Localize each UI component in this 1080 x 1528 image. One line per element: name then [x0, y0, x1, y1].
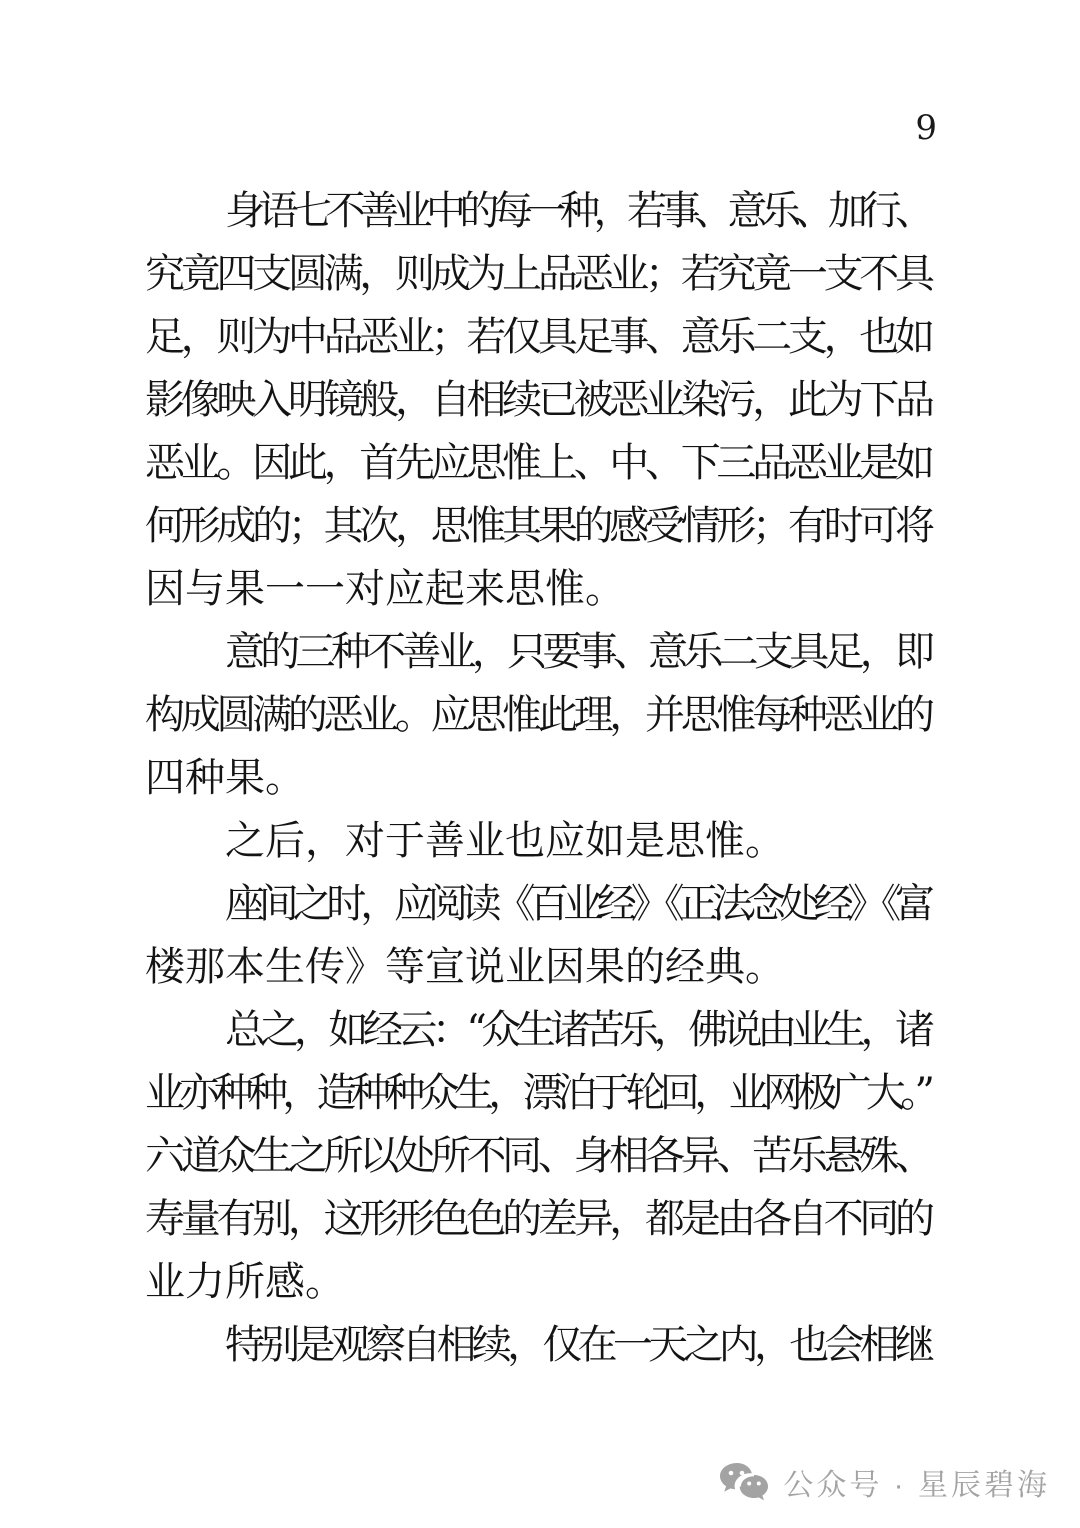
page-number: 9 [915, 108, 937, 148]
text-line: 因与果一一对应起来思惟。 [145, 558, 935, 621]
text-line: 足，则为中品恶业；若仅具足事、意乐二支，也如 [145, 306, 935, 369]
document-page: 9 身语七不善业中的每一种，若事、意乐、加行、究竟四支圆满，则成为上品恶业；若究… [0, 0, 1080, 1528]
text-line: 业亦种种，造种种众生，漂泊于轮回，业网极广大。” [145, 1062, 935, 1125]
watermark-label: 公众号 · 星辰碧海 [783, 1460, 1050, 1504]
text-line: 六道众生之所以处所不同、身相各异、苦乐悬殊、 [145, 1125, 935, 1188]
text-line: 楼那本生传》等宣说业因果的经典。 [145, 936, 935, 999]
text-line: 何形成的；其次，思惟其果的感受情形；有时可将 [145, 495, 935, 558]
text-line: 座间之时，应阅读《百业经》《正法念处经》《富 [145, 873, 935, 936]
wechat-icon [719, 1462, 771, 1502]
text-line: 究竟四支圆满，则成为上品恶业；若究竟一支不具 [145, 243, 935, 306]
text-line: 影像映入明镜般，自相续已被恶业染污，此为下品 [145, 369, 935, 432]
text-line: 之后，对于善业也应如是思惟。 [145, 810, 935, 873]
text-line: 四种果。 [145, 747, 935, 810]
text-line: 恶业。因此，首先应思惟上、中、下三品恶业是如 [145, 432, 935, 495]
text-line: 意的三种不善业，只要事、意乐二支具足，即 [145, 621, 935, 684]
text-line: 特别是观察自相续，仅在一天之内，也会相继 [145, 1314, 935, 1377]
text-line: 身语七不善业中的每一种，若事、意乐、加行、 [145, 180, 935, 243]
text-line: 总之，如经云：“众生诸苦乐，佛说由业生，诸 [145, 999, 935, 1062]
text-line: 业力所感。 [145, 1251, 935, 1314]
text-block: 身语七不善业中的每一种，若事、意乐、加行、究竟四支圆满，则成为上品恶业；若究竟一… [145, 180, 935, 1377]
text-line: 寿量有别，这形形色色的差异，都是由各自不同的 [145, 1188, 935, 1251]
watermark: 公众号 · 星辰碧海 [719, 1460, 1050, 1504]
text-line: 构成圆满的恶业。应思惟此理，并思惟每种恶业的 [145, 684, 935, 747]
